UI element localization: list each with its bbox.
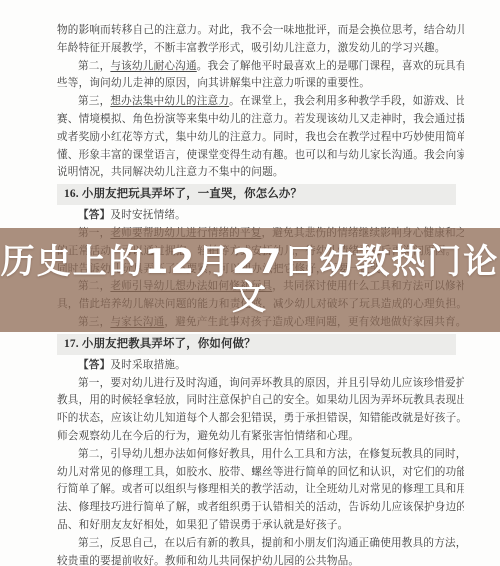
- text-segment: 及时采取措施。: [110, 360, 186, 371]
- text-segment: 年龄特征开展教学，不断丰富教学形式，吸引幼儿注意力，激发幼儿的学习兴趣。: [57, 43, 446, 54]
- document-line: 懂、形象丰富的课堂语言，使课堂变得生动有趣。也可以和与幼儿家长沟通。我会向家长: [57, 147, 464, 165]
- text-segment: 。在课堂上，我会利用多种教学手段，如游戏、比: [229, 96, 464, 107]
- text-segment: 物的影响而转移自己的注意力。对此，我不会一味地批评，而是会换位思考，结合幼儿的: [57, 25, 464, 36]
- text-segment: 与该幼儿耐心沟通: [110, 61, 196, 72]
- document-line: 第二，与该幼儿耐心沟通。我会了解他平时最喜欢上的是哪门课程，喜欢的玩具有哪: [57, 58, 464, 76]
- document-line: 赛、情境模拟、角色扮演等来集中幼儿的注意力。若发现该幼儿又走神时，我会通过提问: [57, 111, 464, 129]
- text-segment: 较贵重的要提前收好。教师和幼儿共同保护幼儿园的公共物品。: [57, 556, 359, 566]
- text-segment: 些等，询问幼儿走神的原因，向其讲解集中注意力听课的重要性。: [57, 78, 370, 89]
- document-line: 物的影响而转移自己的注意力。对此，我不会一味地批评，而是会换位思考，结合幼儿的: [57, 22, 464, 40]
- document-line: 师会观察幼儿在今后的行为，避免幼儿有紧张害怕情绪和心理。: [57, 428, 464, 446]
- document-line: 第三，想办法集中幼儿的注意力。在课堂上，我会利用多种教学手段，如游戏、比: [57, 93, 464, 111]
- overlay-title-line2: 文: [232, 280, 268, 316]
- text-segment: 【答】: [78, 210, 110, 221]
- text-segment: 第三，: [78, 96, 110, 107]
- text-segment: 第二，引导幼儿想办法如何修好教具，用什么工具和方法，在修复玩教具的同时，让: [78, 449, 464, 460]
- text-segment: 第三，反思自己，在以后有新的教具，提前和小朋友们沟通正确使用教具的方法，比: [78, 538, 464, 549]
- document-line: 第二，引导幼儿想办法如何修好教具，用什么工具和方法，在修复玩教具的同时，让: [57, 446, 464, 464]
- answer-line: 【答】及时安抚情绪。: [57, 207, 464, 225]
- document-line: 第三，反思自己，在以后有新的教具，提前和小朋友们沟通正确使用教具的方法，比: [57, 535, 464, 553]
- text-segment: 16. 小朋友把玩具弄坏了，一直哭，你怎么办？: [64, 188, 302, 200]
- question-heading: 16. 小朋友把玩具弄坏了，一直哭，你怎么办？: [57, 184, 456, 205]
- document-line: 些等，询问幼儿走神的原因，向其讲解集中注意力听课的重要性。: [57, 75, 464, 93]
- document-line: 年龄特征开展教学，不断丰富教学形式，吸引幼儿注意力，激发幼儿的学习兴趣。: [57, 40, 464, 58]
- text-segment: 懂、形象丰富的课堂语言，使课堂变得生动有趣。也可以和与幼儿家长沟通。我会向家长: [57, 150, 464, 161]
- document-line: 幼儿对常见的修理工具，如胶水、胶带、螺丝等进行简单的回忆和认识，对它们的功能进: [57, 464, 464, 482]
- text-segment: 师会观察幼儿在今后的行为，避免幼儿有紧张害怕情绪和心理。: [57, 431, 359, 442]
- text-segment: 【答】: [78, 360, 110, 371]
- document-line: 法、修理技巧进行简单了解，或者组织勇于认错相关的活动，告诉幼儿应该保护身边的物: [57, 499, 464, 517]
- overlay-title-line1: 历史上的12月27日幼教热门论: [1, 244, 500, 280]
- text-segment: 赛、情境模拟、角色扮演等来集中幼儿的注意力。若发现该幼儿又走神时，我会通过提问: [57, 114, 464, 125]
- document-line: 或者奖励小红花等方式，集中幼儿的注意力。同时，我也会在教学过程中巧妙使用简单易: [57, 129, 464, 147]
- text-segment: 品、和好朋友友好相处，如果犯了错误勇于承认就是好孩子。: [57, 520, 348, 531]
- text-segment: 教具，用的时候轻拿轻放，同时注意保护自己的安全。如果幼儿因为弄坏玩教具表现出惊: [57, 395, 464, 406]
- text-segment: 想办法集中幼儿的注意力: [110, 96, 229, 107]
- text-segment: 第二，: [78, 61, 110, 72]
- text-segment: 幼儿对常见的修理工具，如胶水、胶带、螺丝等进行简单的回忆和认识，对它们的功能进: [57, 467, 464, 478]
- text-segment: 或者奖励小红花等方式，集中幼儿的注意力。同时，我也会在教学过程中巧妙使用简单易: [57, 132, 464, 143]
- question-heading: 17. 小朋友把教具弄坏了，你如何做？: [57, 334, 456, 355]
- text-segment: 17. 小朋友把教具弄坏了，你如何做？: [64, 338, 256, 350]
- text-segment: 。我会了解他平时最喜欢上的是哪门课程，喜欢的玩具有哪: [197, 61, 464, 72]
- document-line: 教具，用的时候轻拿轻放，同时注意保护自己的安全。如果幼儿因为弄坏玩教具表现出惊: [57, 392, 464, 410]
- text-segment: 吓的状态，应该让幼儿知道每个人都会犯错误，勇于承担错误，知错能改就是好孩子。老: [57, 413, 464, 424]
- document-line: 较贵重的要提前收好。教师和幼儿共同保护幼儿园的公共物品。: [57, 553, 464, 566]
- text-segment: 说明情况，共同解决幼儿注意力不集中的问题。: [57, 167, 284, 178]
- text-segment: 及时安抚情绪。: [110, 210, 186, 221]
- text-segment: 第一，要对幼儿进行及时沟通，询问弄坏教具的原因，并且引导幼儿应该珍惜爱护玩: [78, 378, 464, 389]
- answer-line: 【答】及时采取措施。: [57, 357, 464, 375]
- screenshot-root: 物的影响而转移自己的注意力。对此，我不会一味地批评，而是会换位思考，结合幼儿的年…: [0, 0, 500, 566]
- document-line: 吓的状态，应该让幼儿知道每个人都会犯错误，勇于承担错误，知错能改就是好孩子。老: [57, 410, 464, 428]
- text-segment: 行简单了解。或者可以组织与修理相关的教学活动，让全班幼儿对常见的修理工具和用: [57, 484, 464, 495]
- overlay-banner: 历史上的12月27日幼教热门论 文: [0, 228, 500, 332]
- document-line: 品、和好朋友友好相处，如果犯了错误勇于承认就是好孩子。: [57, 517, 464, 535]
- text-segment: 法、修理技巧进行简单了解，或者组织勇于认错相关的活动，告诉幼儿应该保护身边的物: [57, 502, 464, 513]
- document-line: 说明情况，共同解决幼儿注意力不集中的问题。: [57, 164, 464, 182]
- document-line: 行简单了解。或者可以组织与修理相关的教学活动，让全班幼儿对常见的修理工具和用: [57, 481, 464, 499]
- document-line: 第一，要对幼儿进行及时沟通，询问弄坏教具的原因，并且引导幼儿应该珍惜爱护玩: [57, 375, 464, 393]
